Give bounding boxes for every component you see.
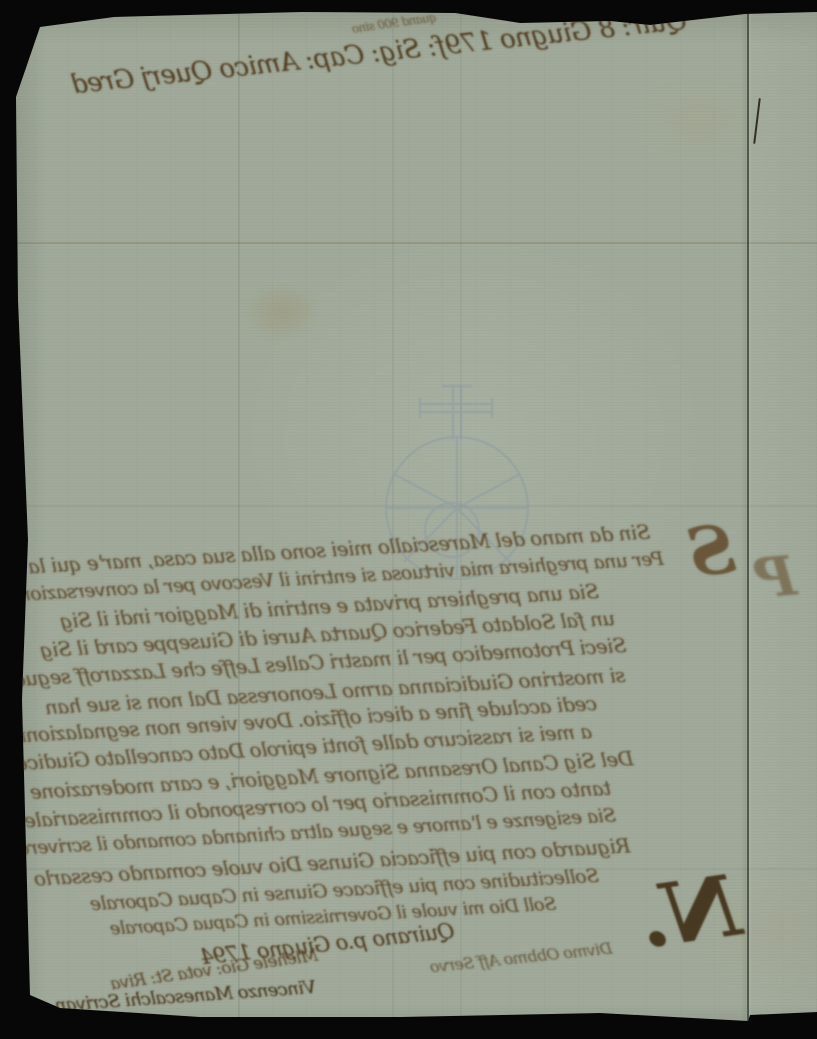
fold-crease-vertical-left	[238, 0, 240, 1039]
fold-crease-vertical-main	[747, 0, 749, 1039]
docket-line-small: quand 900 sino	[351, 10, 437, 36]
closing-line-1: Divmo Obbmo Aff Servo	[430, 939, 614, 977]
ghost-initial-flourish: P	[753, 543, 798, 610]
photograph-background: quand 900 sino Quir: 8 Giugno 179f: Sig:…	[0, 0, 817, 1039]
paper-fiber	[753, 98, 761, 144]
opening-initial-flourish: S	[684, 510, 739, 592]
signature-flourish: N.	[634, 856, 746, 968]
fold-crease-horizontal-upper	[0, 242, 817, 244]
paper-sheet: quand 900 sino Quir: 8 Giugno 179f: Sig:…	[0, 0, 817, 1039]
fold-panel-right	[750, 0, 817, 1039]
